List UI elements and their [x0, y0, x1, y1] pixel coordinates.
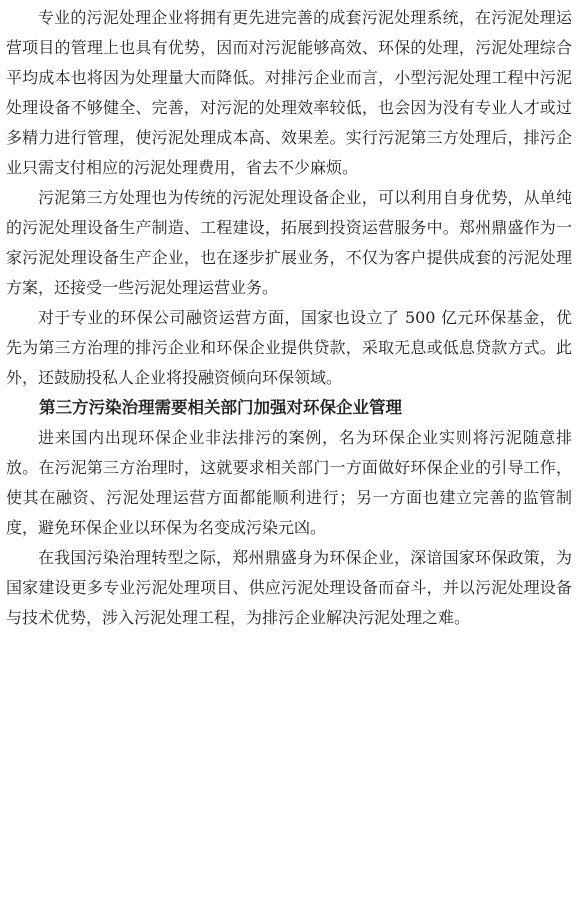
paragraph-equipment-companies: 污泥第三方处理也为传统的污泥处理设备企业，可以利用自身优势，从单纯的污泥处理设备…	[6, 183, 572, 303]
paragraph-sludge-advantages: 专业的污泥处理企业将拥有更先进完善的成套污泥处理系统，在污泥处理运营项目的管理上…	[6, 3, 572, 183]
paragraph-environmental-fund: 对于专业的环保公司融资运营方面，国家也设立了 500 亿元环保基金，优先为第三方…	[6, 303, 572, 393]
section-heading-regulation: 第三方污染治理需要相关部门加强对环保企业管理	[6, 393, 572, 423]
paragraph-regulation-need: 进来国内出现环保企业非法排污的案例，名为环保企业实则将污泥随意排放。在污泥第三方…	[6, 423, 572, 543]
paragraph-company-mission: 在我国污染治理转型之际，郑州鼎盛身为环保企业，深谙国家环保政策，为国家建设更多专…	[6, 543, 572, 633]
document-page: 专业的污泥处理企业将拥有更先进完善的成套污泥处理系统，在污泥处理运营项目的管理上…	[0, 0, 582, 908]
document-body: 专业的污泥处理企业将拥有更先进完善的成套污泥处理系统，在污泥处理运营项目的管理上…	[6, 3, 572, 633]
